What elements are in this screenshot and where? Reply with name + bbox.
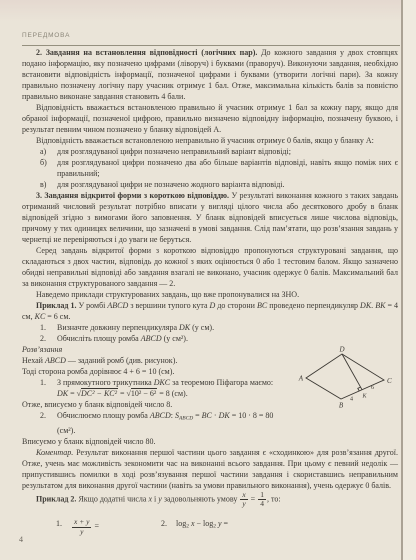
list-marker: б) (40, 157, 57, 179)
comment-paragraph: Коментар. Результат виконання першої час… (22, 447, 398, 491)
header-title: ПЕРЕДМОВА (22, 32, 70, 39)
formula: log2 x − log2 y = (176, 518, 228, 536)
example2-parts-row: 1. x + yy = 2. log2 x − log2 y = (22, 518, 398, 536)
list-item-b: б) для розглядуваної цифри позначено два… (22, 157, 398, 179)
scanned-page: ПЕРЕДМОВА 2. Завдання на встановлення ві… (0, 0, 416, 560)
paragraph-open-form: 3. Завдання відкритої форми з короткою в… (22, 190, 398, 245)
page-number: 4 (19, 535, 23, 544)
task-text: Обчисліть площу ромба ABCD (у см²). (57, 333, 398, 344)
task-item-2: 2. Обчисліть площу ромба ABCD (у см²). (22, 333, 398, 344)
rhombus-figure: D A C B K 6 4 (292, 345, 396, 409)
point-label-k: K (362, 394, 368, 400)
list-marker: 2. (161, 518, 176, 536)
formula: x + yy = (71, 518, 161, 536)
paragraph-incorrect-match: Відповідність вважається встановленою не… (22, 135, 398, 146)
list-marker: 1. (40, 322, 57, 333)
segment-label-bk: 4 (350, 397, 353, 403)
paragraph-structured-tasks: Серед завдань відкритої форми з короткою… (22, 245, 398, 289)
vertex-label-a: A (298, 375, 304, 383)
paragraph-examples-intro: Наведемо приклади структурованих завдань… (22, 289, 398, 300)
solution-answer-2: Вписуємо у бланк відповідей число 80. (22, 436, 398, 447)
list-item-text: для розглядуваної цифри позначено неправ… (57, 146, 398, 157)
list-marker: 2. (40, 333, 57, 344)
vertex-label-b: B (339, 402, 344, 410)
solution-step-text: З прямокутного трикутника DKC за теоремо… (57, 377, 284, 399)
perpendicular-dk (342, 354, 362, 390)
list-item-a: а) для розглядуваної цифри позначено неп… (22, 146, 398, 157)
segment-label-kc: 6 (371, 385, 374, 391)
example1-statement: Приклад 1. У ромбі ABCD з вершини тупого… (22, 300, 398, 322)
list-item-text: для розглядуваної цифри не позначено жод… (57, 179, 398, 190)
scan-shadow (0, 0, 416, 22)
list-marker: в) (40, 179, 57, 190)
list-item-text: для розглядуваної цифри позначено два аб… (57, 157, 398, 179)
list-item-v: в) для розглядуваної цифри не позначено … (22, 179, 398, 190)
page-content: 2. Завдання на встановлення відповідност… (22, 47, 398, 536)
task-item-1: 1. Визначте довжину перпендикуляра DK (у… (22, 322, 398, 333)
vertex-label-d: D (338, 346, 344, 354)
list-marker: 2. (40, 410, 57, 436)
list-marker: 1. (40, 377, 57, 399)
task-text: Визначте довжину перпендикуляра DK (у см… (57, 322, 398, 333)
solution-step-text: Обчислюємо площу ромба ABCD: SABCD = BC … (57, 410, 284, 436)
solution-block: D A C B K 6 4 Розв’язання Нехай ABCD — з… (22, 344, 398, 447)
list-marker: 1. (56, 518, 71, 536)
paragraph-matching-tasks: 2. Завдання на встановлення відповідност… (22, 47, 398, 102)
vertex-label-c: C (387, 377, 392, 385)
example2-part-1: 1. x + yy = (56, 518, 161, 536)
list-marker: а) (40, 146, 57, 157)
running-header: ПЕРЕДМОВА (22, 24, 400, 46)
solution-step-1: 1. З прямокутного трикутника DKC за теор… (22, 377, 284, 399)
example2-part-2: 2. log2 x − log2 y = (161, 518, 228, 536)
solution-step-2: 2. Обчислюємо площу ромба ABCD: SABCD = … (22, 410, 284, 436)
rhombus-outline (306, 354, 384, 399)
paragraph-correct-match: Відповідність вважається встановленою пр… (22, 102, 398, 135)
page-edge (401, 0, 416, 560)
example2-statement: Приклад 2. Якщо додатні числа x і y задо… (22, 491, 398, 509)
